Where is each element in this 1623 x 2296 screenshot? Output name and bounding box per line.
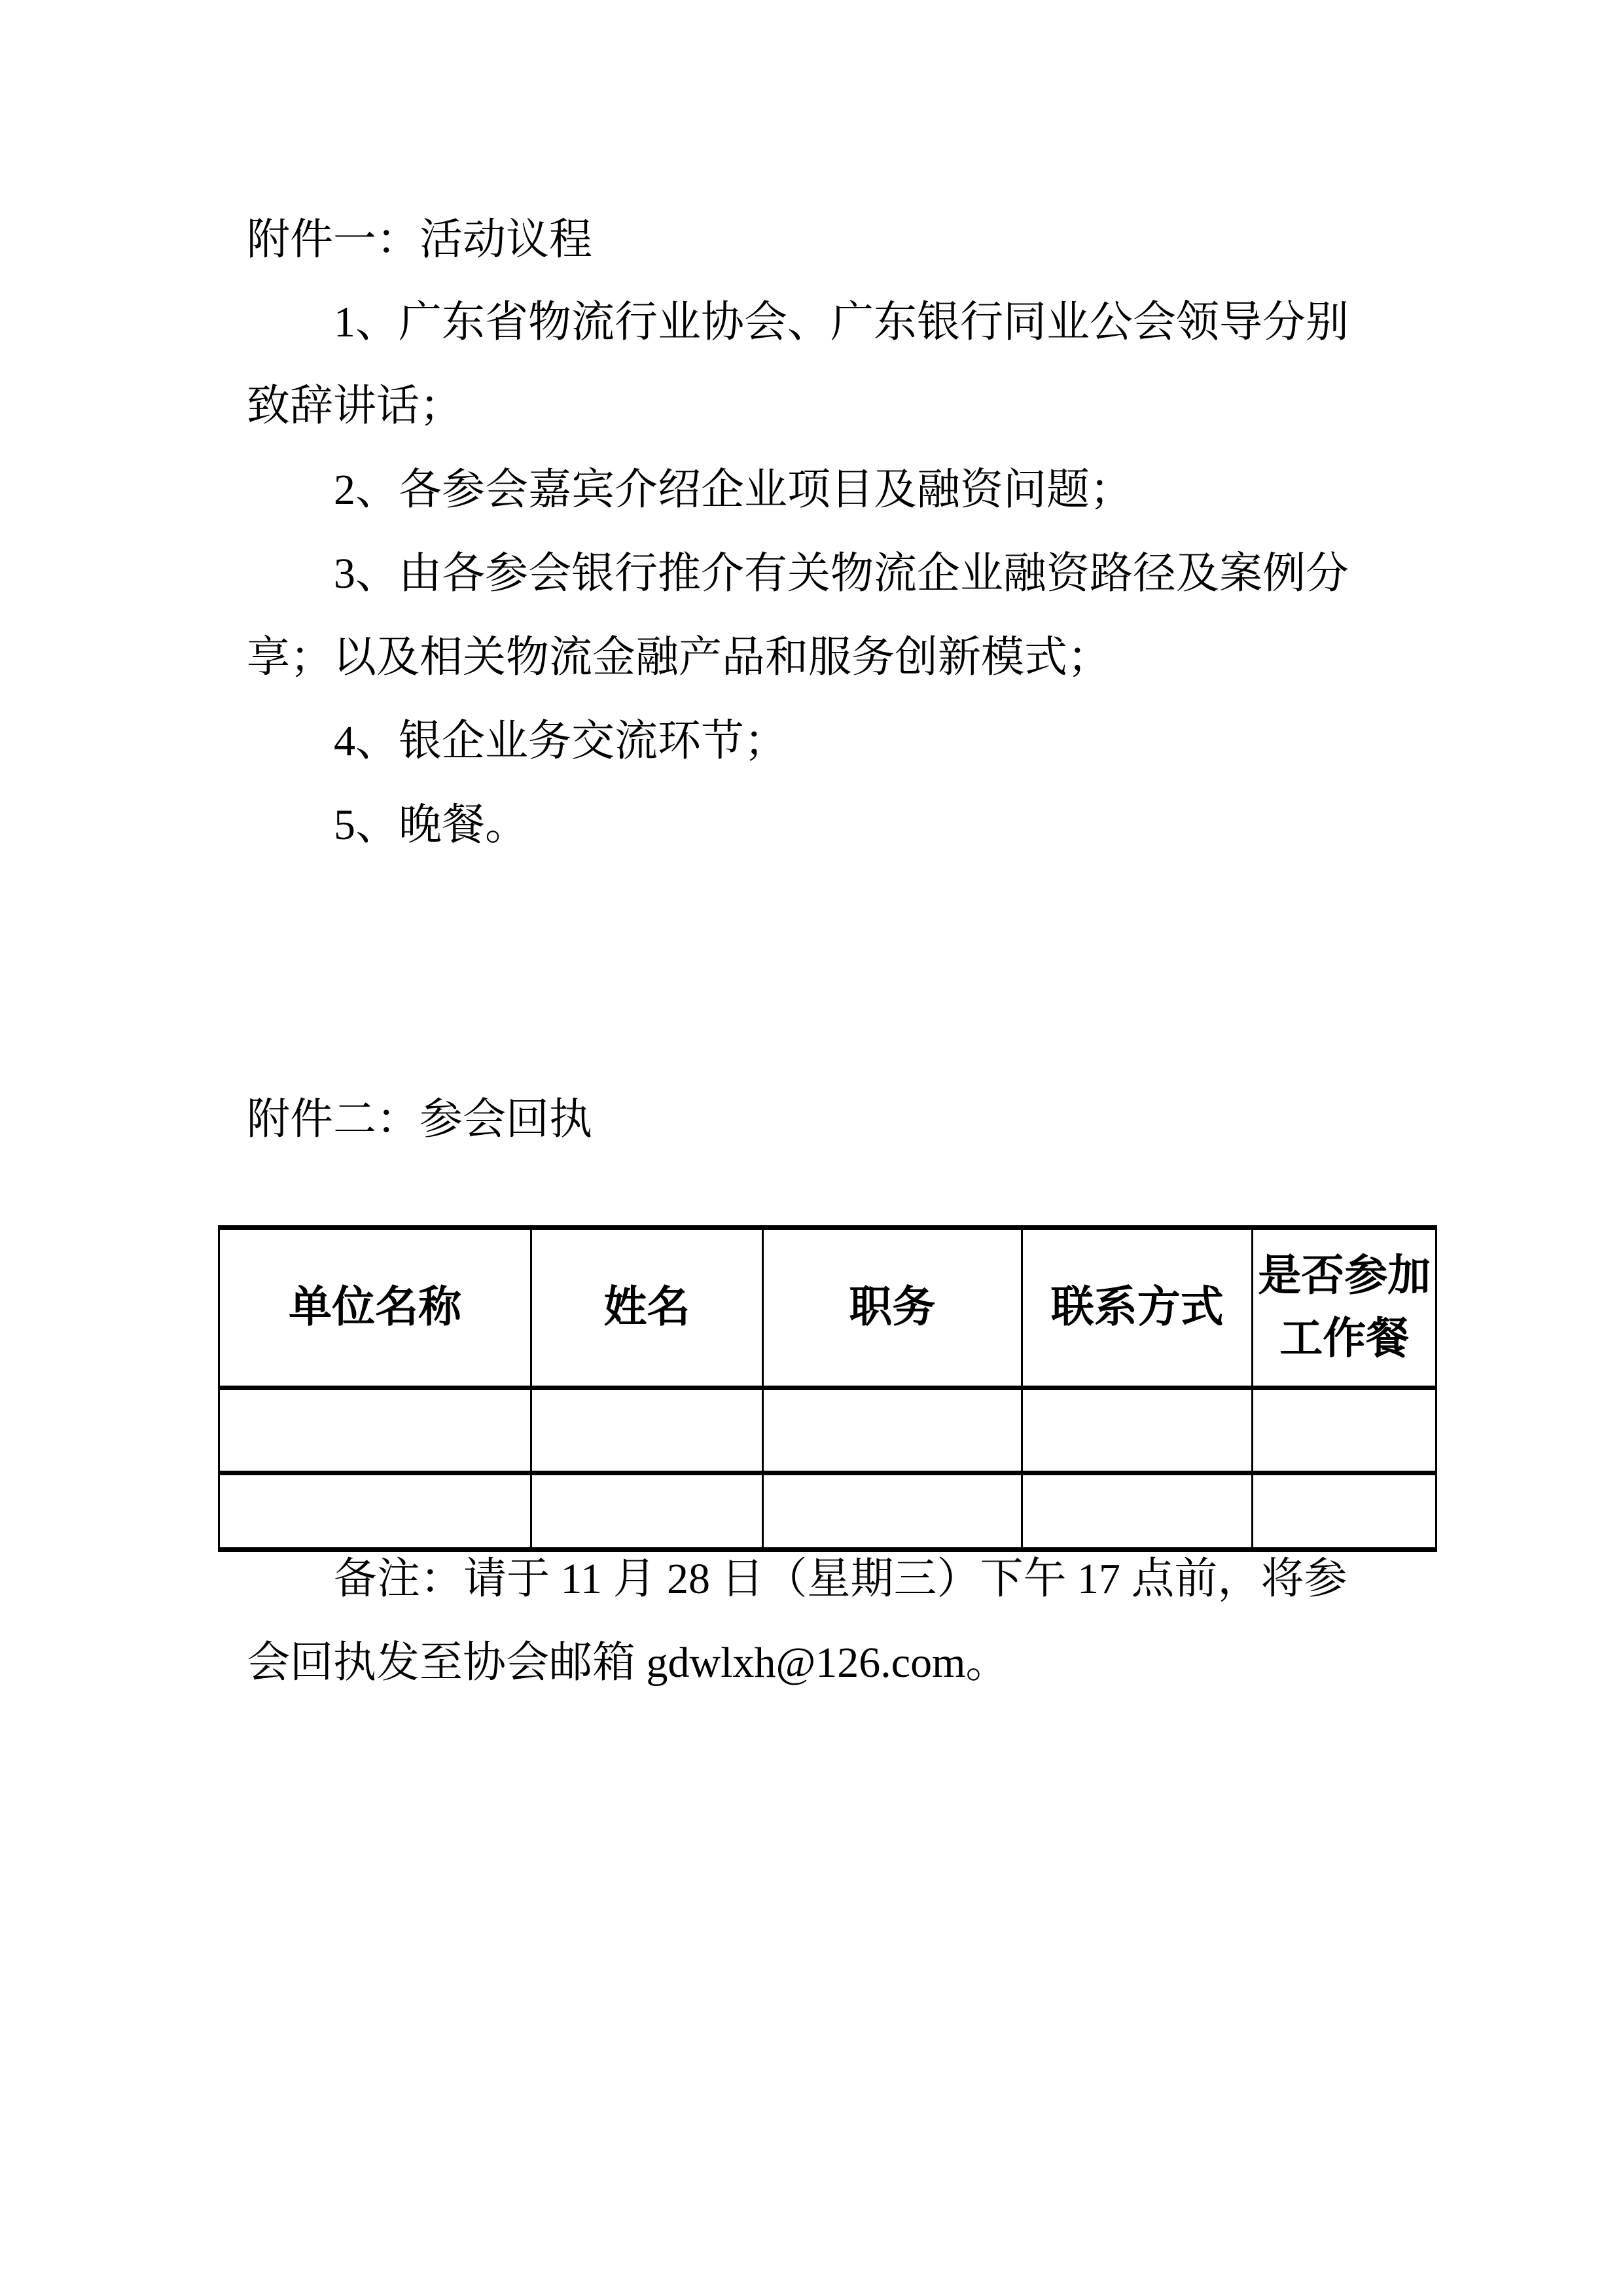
table-cell: [1253, 1388, 1436, 1473]
column-header-contact: 联系方式: [1022, 1228, 1253, 1388]
table-header-row: 单位名称 姓名 职务 联系方式 是否参加工作餐: [219, 1228, 1436, 1388]
table-cell: [762, 1473, 1022, 1550]
table-cell: [531, 1388, 762, 1473]
reply-slip-table: 单位名称 姓名 职务 联系方式 是否参加工作餐: [218, 1225, 1437, 1552]
agenda-item-2: 2、各参会嘉宾介绍企业项目及融资问题；: [247, 467, 1472, 512]
table-cell: [1253, 1473, 1436, 1550]
agenda-item-1-line-1: 1、广东省物流行业协会、广东银行同业公会领导分别: [247, 300, 1472, 345]
table-row: [219, 1388, 1436, 1473]
table-cell: [219, 1388, 531, 1473]
attachment1-heading: 附件一：活动议程: [247, 217, 1385, 262]
column-header-company: 单位名称: [219, 1228, 531, 1388]
agenda-item-5: 5、晚餐。: [247, 802, 1472, 848]
agenda-item-3-line-1: 3、由各参会银行推介有关物流企业融资路径及案例分: [247, 551, 1472, 596]
note-line-2: 会回执发至协会邮箱 gdwlxh@126.com。: [247, 1640, 1385, 1685]
note-line-1: 备注：请于 11 月 28 日（星期三）下午 17 点前，将参: [247, 1556, 1472, 1602]
table-cell: [1022, 1388, 1253, 1473]
table-row: [219, 1473, 1436, 1550]
document-page: 附件一：活动议程 1、广东省物流行业协会、广东银行同业公会领导分别 致辞讲话； …: [0, 0, 1623, 2296]
column-header-title: 职务: [762, 1228, 1022, 1388]
column-header-name: 姓名: [531, 1228, 762, 1388]
table-cell: [762, 1388, 1022, 1473]
agenda-item-3-line-2: 享；以及相关物流金融产品和服务创新模式；: [247, 635, 1385, 680]
table-cell: [1022, 1473, 1253, 1550]
column-header-meal: 是否参加工作餐: [1253, 1228, 1436, 1388]
agenda-item-1-line-2: 致辞讲话；: [247, 384, 1385, 429]
agenda-item-4: 4、银企业务交流环节；: [247, 719, 1472, 764]
attachment2-heading: 附件二：参会回执: [247, 1097, 1385, 1142]
table-cell: [219, 1473, 531, 1550]
table-cell: [531, 1473, 762, 1550]
